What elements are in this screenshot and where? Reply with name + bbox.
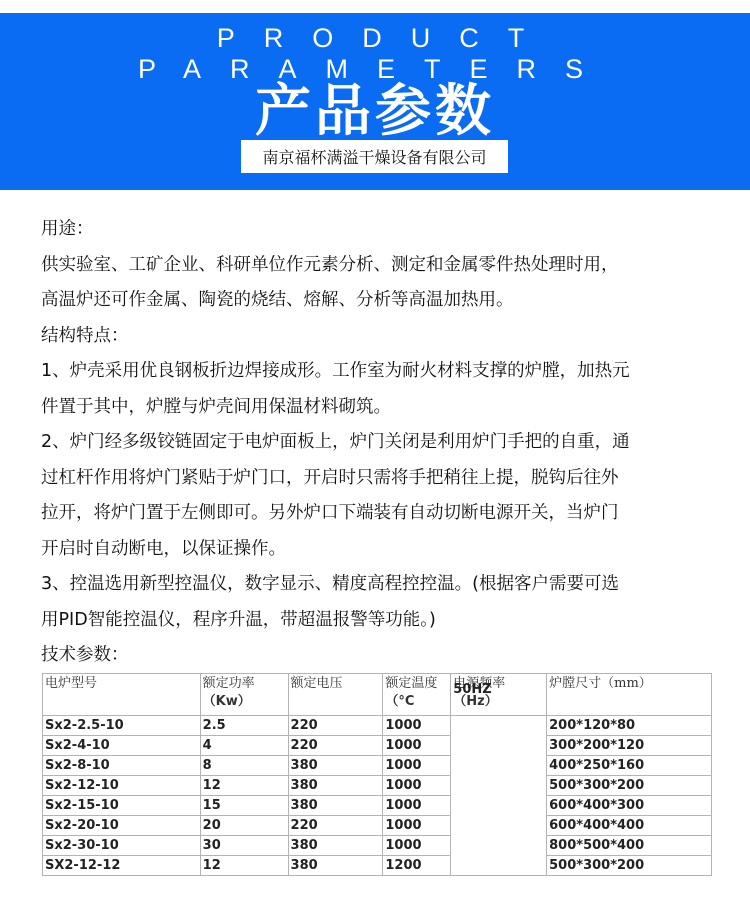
cell-temp: 1000 — [383, 796, 451, 816]
header-banner: PRODUCT PARAMETERS 产品参数 南京福杯满溢干燥设备有限公司 — [0, 13, 750, 190]
company-name: 南京福杯满溢干燥设备有限公司 — [262, 145, 486, 168]
header-chamber-size: 炉膛尺寸（mm） — [547, 674, 712, 716]
cell-model: Sx2-15-10 — [43, 796, 201, 816]
structure-line: 拉开，将炉门置于左侧即可。另外炉口下端装有自动切断电源开关，当炉门 — [41, 496, 721, 532]
cell-model: Sx2-30-10 — [43, 836, 201, 856]
header-model: 电炉型号 — [43, 674, 201, 716]
cell-voltage: 380 — [288, 776, 383, 796]
table-row: Sx2-2.5-10 2.5 220 1000 50HZ 200*120*80 — [43, 716, 712, 736]
cell-model: Sx2-20-10 — [43, 816, 201, 836]
usage-line: 高温炉还可作金属、陶瓷的烧结、熔解、分析等高温加热用。 — [41, 283, 721, 319]
header-power: 额定功率（Kw） — [200, 674, 288, 716]
structure-heading: 结构特点： — [41, 319, 721, 355]
parameters-table: 电炉型号 额定功率（Kw） 额定电压 额定温度（°C 电源频率（Hz） 炉膛尺寸… — [42, 673, 712, 876]
cell-temp: 1000 — [383, 816, 451, 836]
cell-voltage: 220 — [288, 716, 383, 736]
company-name-box: 南京福杯满溢干燥设备有限公司 — [241, 140, 508, 173]
cell-temp: 1000 — [383, 776, 451, 796]
description-section: 用途： 供实验室、工矿企业、科研单位作元素分析、测定和金属零件热处理时用， 高温… — [41, 212, 721, 674]
table-header-row: 电炉型号 额定功率（Kw） 额定电压 额定温度（°C 电源频率（Hz） 炉膛尺寸… — [43, 674, 712, 716]
cell-voltage: 380 — [288, 856, 383, 876]
cell-power: 20 — [200, 816, 288, 836]
structure-line: 过杠杆作用将炉门紧贴于炉门口，开启时只需将手把稍往上提，脱钩后往外 — [41, 461, 721, 497]
cell-voltage: 220 — [288, 736, 383, 756]
structure-line: 3、控温选用新型控温仪，数字显示、精度高程控控温。(根据客户需要可选 — [41, 567, 721, 603]
cell-model: SX2-12-12 — [43, 856, 201, 876]
cell-temp: 1000 — [383, 756, 451, 776]
cell-model: Sx2-12-10 — [43, 776, 201, 796]
title-chinese: 产品参数 — [0, 67, 750, 147]
table-row: Sx2-4-10 4 220 1000 300*200*120 — [43, 736, 712, 756]
table-row: Sx2-20-10 20 220 1000 600*400*400 — [43, 816, 712, 836]
tech-params-heading: 技术参数： — [41, 638, 721, 674]
cell-temp: 1000 — [383, 836, 451, 856]
cell-size: 600*400*300 — [547, 796, 712, 816]
usage-line: 供实验室、工矿企业、科研单位作元素分析、测定和金属零件热处理时用， — [41, 248, 721, 284]
cell-voltage: 380 — [288, 756, 383, 776]
table-row: Sx2-30-10 30 380 1000 800*500*400 — [43, 836, 712, 856]
structure-line: 开启时自动断电，以保证操作。 — [41, 532, 721, 568]
cell-power: 12 — [200, 776, 288, 796]
cell-power: 8 — [200, 756, 288, 776]
cell-power: 30 — [200, 836, 288, 856]
structure-line: 件置于其中，炉膛与炉壳间用保温材料砌筑。 — [41, 390, 721, 426]
table-row: SX2-12-12 12 380 1200 500*300*200 — [43, 856, 712, 876]
cell-model: Sx2-2.5-10 — [43, 716, 201, 736]
cell-temp: 1000 — [383, 716, 451, 736]
cell-size: 500*300*200 — [547, 856, 712, 876]
cell-model: Sx2-4-10 — [43, 736, 201, 756]
table-row: Sx2-15-10 15 380 1000 600*400*300 — [43, 796, 712, 816]
usage-heading: 用途： — [41, 212, 721, 248]
cell-frequency-merged: 50HZ — [451, 716, 547, 876]
table-row: Sx2-8-10 8 380 1000 400*250*160 — [43, 756, 712, 776]
cell-voltage: 380 — [288, 836, 383, 856]
cell-power: 12 — [200, 856, 288, 876]
cell-power: 4 — [200, 736, 288, 756]
cell-temp: 1000 — [383, 736, 451, 756]
cell-size: 800*500*400 — [547, 836, 712, 856]
table-row: Sx2-12-10 12 380 1000 500*300*200 — [43, 776, 712, 796]
cell-voltage: 220 — [288, 816, 383, 836]
header-voltage: 额定电压 — [288, 674, 383, 716]
cell-size: 200*120*80 — [547, 716, 712, 736]
cell-model: Sx2-8-10 — [43, 756, 201, 776]
cell-size: 600*400*400 — [547, 816, 712, 836]
header-temperature: 额定温度（°C — [383, 674, 451, 716]
cell-temp: 1200 — [383, 856, 451, 876]
structure-line: 1、炉壳采用优良钢板折边焊接成形。工作室为耐火材料支撑的炉膛，加热元 — [41, 354, 721, 390]
cell-size: 500*300*200 — [547, 776, 712, 796]
cell-voltage: 380 — [288, 796, 383, 816]
cell-power: 15 — [200, 796, 288, 816]
cell-size: 300*200*120 — [547, 736, 712, 756]
structure-line: 用PID智能控温仪，程序升温，带超温报警等功能。) — [41, 603, 721, 639]
structure-line: 2、炉门经多级铰链固定于电炉面板上，炉门关闭是利用炉门手把的自重，通 — [41, 425, 721, 461]
cell-power: 2.5 — [200, 716, 288, 736]
cell-size: 400*250*160 — [547, 756, 712, 776]
